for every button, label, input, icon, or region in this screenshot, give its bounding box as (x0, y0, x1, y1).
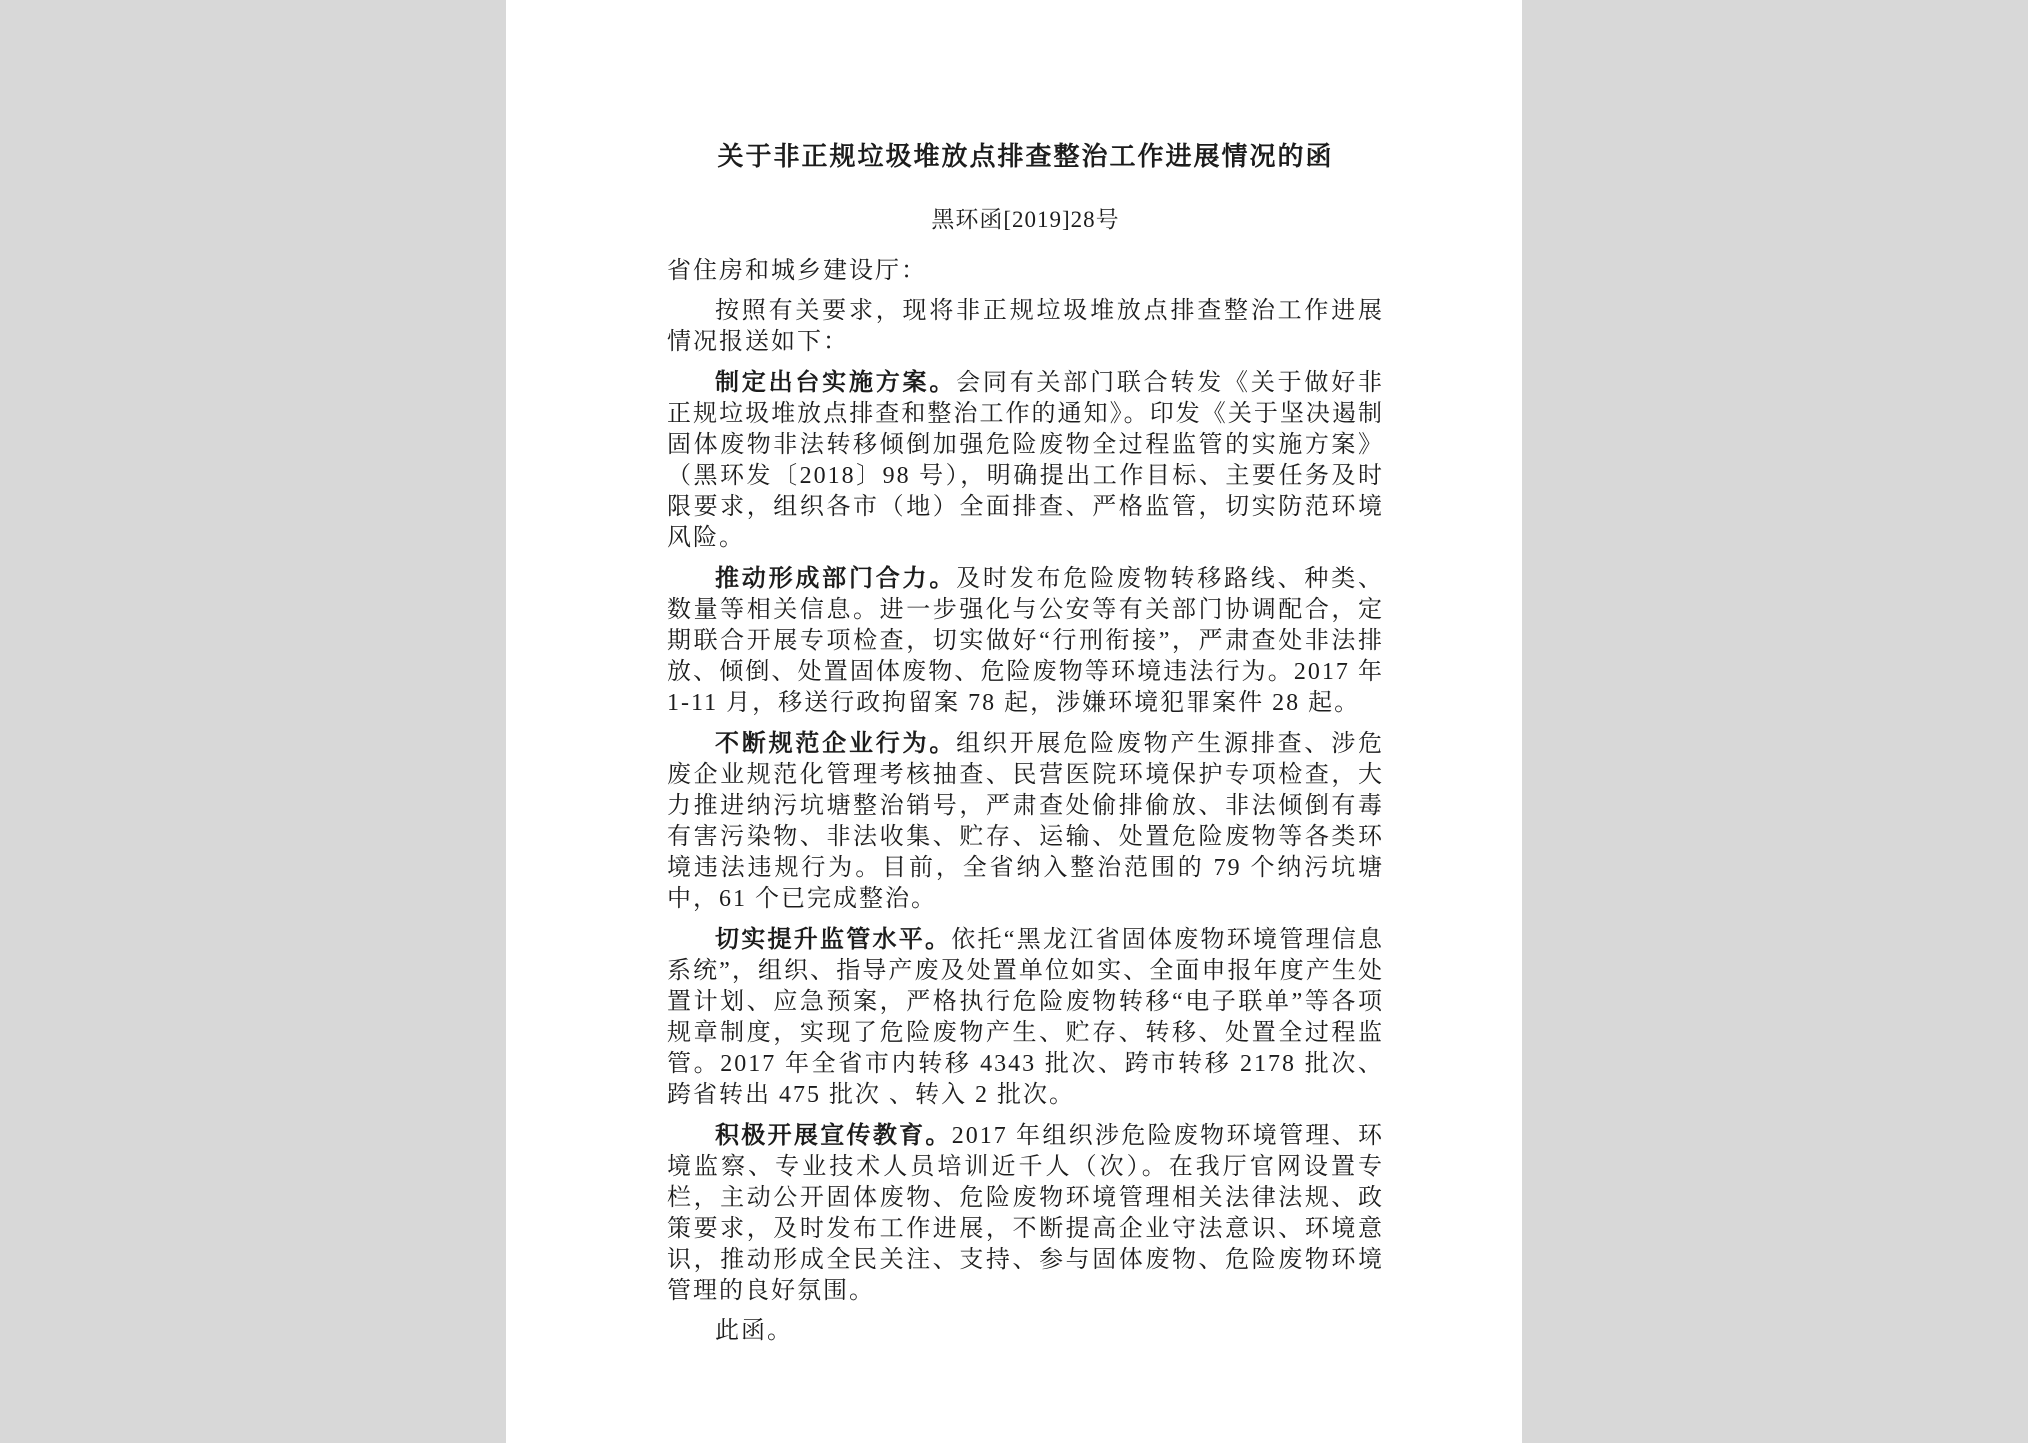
salutation: 省住房和城乡建设厅： (667, 256, 1384, 287)
document-number: 黑环函[2019]28号 (667, 206, 1384, 234)
paragraph-text: 按照有关要求，现将非正规垃圾堆放点排查整治工作进展情况报送如下： (667, 298, 1384, 355)
paragraph: 此函。 (667, 1316, 1384, 1347)
paragraph-lead: 推动形成部门合力。 (715, 565, 956, 592)
paragraph-text: 2017 年组织涉危险废物环境管理、环境监察、专业技术人员培训近千人（次）。在我… (667, 1123, 1384, 1304)
paragraph-lead: 不断规范企业行为。 (715, 730, 956, 757)
paragraph-text: 组织开展危险废物产生源排查、涉危废企业规范化管理考核抽查、民营医院环境保护专项检… (667, 731, 1384, 912)
paragraph-lead: 制定出台实施方案。 (715, 369, 956, 396)
paragraph: 切实提升监管水平。依托“黑龙江省固体废物环境管理信息系统”，组织、指导产废及处置… (667, 924, 1384, 1111)
paragraph-text: 依托“黑龙江省固体废物环境管理信息系统”，组织、指导产废及处置单位如实、全面申报… (667, 927, 1384, 1108)
paragraphs: 按照有关要求，现将非正规垃圾堆放点排查整治工作进展情况报送如下： 制定出台实施方… (667, 296, 1384, 1347)
paragraph: 制定出台实施方案。会同有关部门联合转发《关于做好非正规垃圾堆放点排查和整治工作的… (667, 367, 1384, 554)
paragraph: 不断规范企业行为。组织开展危险废物产生源排查、涉危废企业规范化管理考核抽查、民营… (667, 728, 1384, 915)
paragraph-lead: 切实提升监管水平。 (715, 926, 951, 953)
paragraph-text: 会同有关部门联合转发《关于做好非正规垃圾堆放点排查和整治工作的通知》。印发《关于… (667, 370, 1384, 551)
document-title: 关于非正规垃圾堆放点排查整治工作进展情况的函 (667, 140, 1384, 172)
paragraph-lead: 积极开展宣传教育。 (715, 1122, 952, 1149)
paragraph: 积极开展宣传教育。2017 年组织涉危险废物环境管理、环境监察、专业技术人员培训… (667, 1120, 1384, 1307)
document-page: 关于非正规垃圾堆放点排查整治工作进展情况的函 黑环函[2019]28号 省住房和… (506, 0, 1522, 1443)
paragraph: 推动形成部门合力。及时发布危险废物转移路线、种类、数量等相关信息。进一步强化与公… (667, 563, 1384, 719)
paragraph-text: 此函。 (715, 1318, 793, 1344)
paragraph: 按照有关要求，现将非正规垃圾堆放点排查整治工作进展情况报送如下： (667, 296, 1384, 358)
